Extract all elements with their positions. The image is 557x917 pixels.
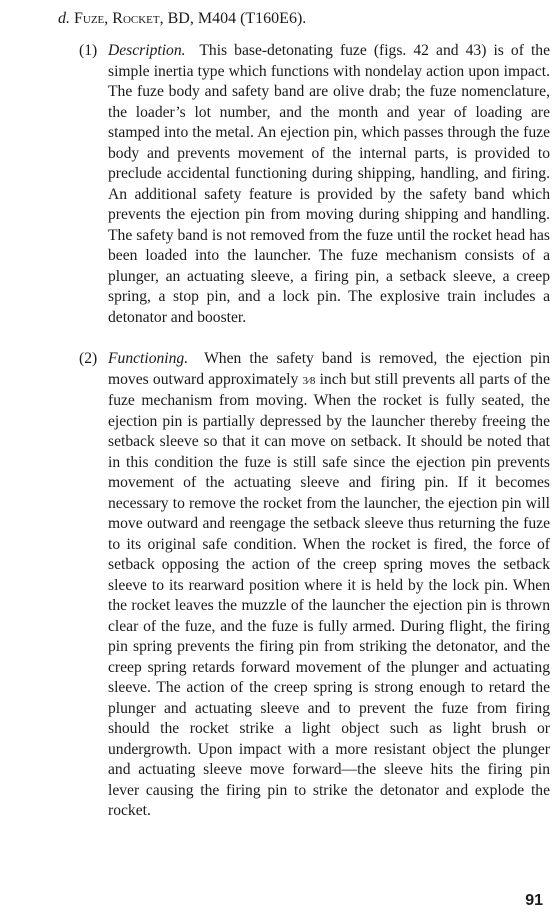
paragraph-title: Functioning.	[108, 350, 188, 367]
section-label: d.	[58, 10, 70, 27]
page-number: 91	[525, 892, 543, 910]
paragraph-functioning: (2) Functioning. When the safety band is…	[108, 349, 550, 822]
fraction: 3⁄8	[303, 375, 316, 387]
section-title-smallcaps: Fuze, Rocket	[74, 10, 160, 27]
section-heading: d. Fuze, Rocket, BD, M404 (T160E6).	[58, 9, 306, 29]
paragraph-number: (1)	[79, 41, 97, 62]
paragraph-text-part2: inch but still prevents all parts of the…	[108, 371, 550, 820]
paragraph-text: This base-detonating fuze (figs. 42 and …	[108, 42, 550, 326]
paragraph-number: (2)	[79, 349, 97, 370]
paragraph-description: (1) Description. This base-detonating fu…	[108, 41, 550, 328]
paragraph-title: Description.	[108, 42, 186, 59]
section-title-rest: , BD, M404 (T160E6).	[160, 10, 307, 27]
